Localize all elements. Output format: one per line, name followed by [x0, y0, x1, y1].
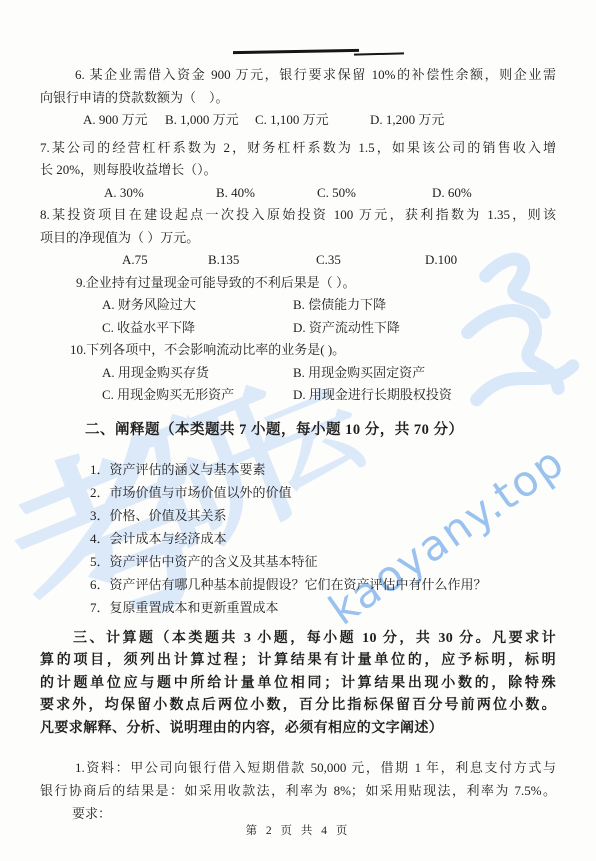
question-8-option-b: B.135 — [208, 249, 239, 272]
section-2-item-2: 2．市场价值与市场价值以外的价值 — [40, 481, 556, 504]
question-7-line-1: 7.某公司的经营杠杆系数为 2，财务杠杆系数为 1.5，如果该公司的销售收入增 — [40, 137, 556, 160]
question-8-option-a: A.75 — [122, 249, 148, 272]
section-2-item-5: 5．资产评估中资产的含义及其基本特征 — [40, 550, 556, 573]
section-3-line-5: 凡要求解释、分析、说明理由的内容，必须有相应的文字阐述） — [40, 718, 556, 741]
scan-artifact-line-tail — [354, 52, 404, 55]
section-3-line-3: 的计题单位应与题中所给计量单位相同；计算结果出现小数的，除特殊 — [40, 673, 556, 696]
question-10-options-row-1: A. 用现金购买存货 B. 用现金购买固定资产 — [40, 362, 556, 385]
question-6-option-d: D. 1,200 万元 — [370, 109, 444, 132]
question-6-line-1: 6. 某企业需借入资金 900 万元，银行要求保留 10%的补偿性余额，则企业需 — [40, 64, 556, 87]
section-2-item-7: 7．复原重置成本和更新重置成本 — [40, 596, 556, 619]
section-2-title: 二、阐释题（本类题共 7 小题，每小题 10 分，共 70 分） — [40, 418, 556, 442]
question-10-option-d: D. 用现金进行长期股权投资 — [293, 384, 452, 407]
section-3-line-4: 要求外，均保留小数点后两位小数，百分比指标保留百分号前两位小数。 — [40, 695, 556, 718]
question-7: 7.某公司的经营杠杆系数为 2，财务杠杆系数为 1.5，如果该公司的销售收入增 … — [40, 137, 556, 182]
question-8-line-1: 8.某投资项目在建设起点一次投入原始投资 100 万元，获利指数为 1.35，则… — [40, 204, 556, 227]
question-6-option-b: B. 1,000 万元 — [165, 109, 239, 132]
calc-question-1-line-2: 银行协商后的结果是：如采用收款法，利率为 8%；如采用贴现法，利率为 7.5%。 — [40, 779, 556, 802]
scan-artifact-line — [233, 49, 359, 54]
question-9-options-row-1: A. 财务风险过大 B. 偿债能力下降 — [40, 294, 556, 317]
question-9-option-c: C. 收益水平下降 — [102, 317, 195, 340]
question-6-options: A. 900 万元 B. 1,000 万元 C. 1,100 万元 D. 1,2… — [40, 109, 556, 132]
question-7-option-a: A. 30% — [104, 182, 144, 205]
question-9-option-d: D. 资产流动性下降 — [293, 317, 400, 340]
question-9-text: 9.企业持有过量现金可能导致的不利后果是（ ）。 — [40, 272, 556, 295]
question-8-option-c: C.35 — [316, 249, 341, 272]
exam-body: 6. 某企业需借入资金 900 万元，银行要求保留 10%的补偿性余额，则企业需… — [40, 64, 556, 825]
question-7-option-b: B. 40% — [216, 182, 255, 205]
calc-question-1: 1.资料：甲公司向银行借入短期借款 50,000 元，借期 1 年，利息支付方式… — [40, 756, 556, 802]
page-footer: 第 2 页 共 4 页 — [0, 822, 596, 838]
section-3-line-2: 算的项目，须列出计算过程；计算结果有计量单位的，应予标明，标明 — [40, 650, 556, 673]
question-8-option-d: D.100 — [425, 249, 457, 272]
question-10-options-row-2: C. 用现金购买无形资产 D. 用现金进行长期股权投资 — [40, 384, 556, 407]
question-7-option-c: C. 50% — [317, 182, 356, 205]
question-6-line-2: 向银行申请的贷款数额为（ ）。 — [40, 87, 556, 110]
question-10-option-c: C. 用现金购买无形资产 — [102, 384, 234, 407]
question-7-option-d: D. 60% — [432, 182, 472, 205]
section-2-item-list: 1．资产评估的涵义与基本要素 2．市场价值与市场价值以外的价值 3．价格、价值及… — [40, 458, 556, 619]
calc-question-1-line-1: 1.资料：甲公司向银行借入短期借款 50,000 元，借期 1 年，利息支付方式… — [40, 756, 556, 779]
scanned-exam-page: 考 研 云 kaoyany.top 6. 某企业需借入资金 900 万元，银行要… — [0, 0, 596, 861]
question-9-option-a: A. 财务风险过大 — [102, 294, 196, 317]
question-10-option-a: A. 用现金购买存货 — [102, 362, 209, 385]
question-8-options: A.75 B.135 C.35 D.100 — [40, 249, 556, 272]
question-6-option-c: C. 1,100 万元 — [255, 109, 329, 132]
question-7-options: A. 30% B. 40% C. 50% D. 60% — [40, 182, 556, 205]
question-8: 8.某投资项目在建设起点一次投入原始投资 100 万元，获利指数为 1.35，则… — [40, 204, 556, 249]
section-2-item-3: 3．价格、价值及其关系 — [40, 504, 556, 527]
question-6: 6. 某企业需借入资金 900 万元，银行要求保留 10%的补偿性余额，则企业需… — [40, 64, 556, 109]
question-10-option-b: B. 用现金购买固定资产 — [293, 362, 425, 385]
question-10-text: 10.下列各项中，不会影响流动比率的业务是( )。 — [40, 339, 556, 362]
question-9-option-b: B. 偿债能力下降 — [293, 294, 386, 317]
section-2-item-6: 6．资产评估有哪几种基本前提假设？它们在资产评估中有什么作用？ — [40, 573, 556, 596]
question-6-option-a: A. 900 万元 — [83, 109, 148, 132]
question-7-line-2: 长 20%，则每股收益增长（）。 — [40, 159, 556, 182]
section-2-item-1: 1．资产评估的涵义与基本要素 — [40, 458, 556, 481]
section-3-title-paragraph: 三、计算题（本类题共 3 小题，每小题 10 分，共 30 分。凡要求计 算的项… — [40, 628, 556, 741]
section-2-item-4: 4．会计成本与经济成本 — [40, 527, 556, 550]
section-3-line-1: 三、计算题（本类题共 3 小题，每小题 10 分，共 30 分。凡要求计 — [40, 628, 556, 651]
question-8-line-2: 项目的净现值为（ ）万元。 — [40, 227, 556, 250]
question-9-options-row-2: C. 收益水平下降 D. 资产流动性下降 — [40, 317, 556, 340]
